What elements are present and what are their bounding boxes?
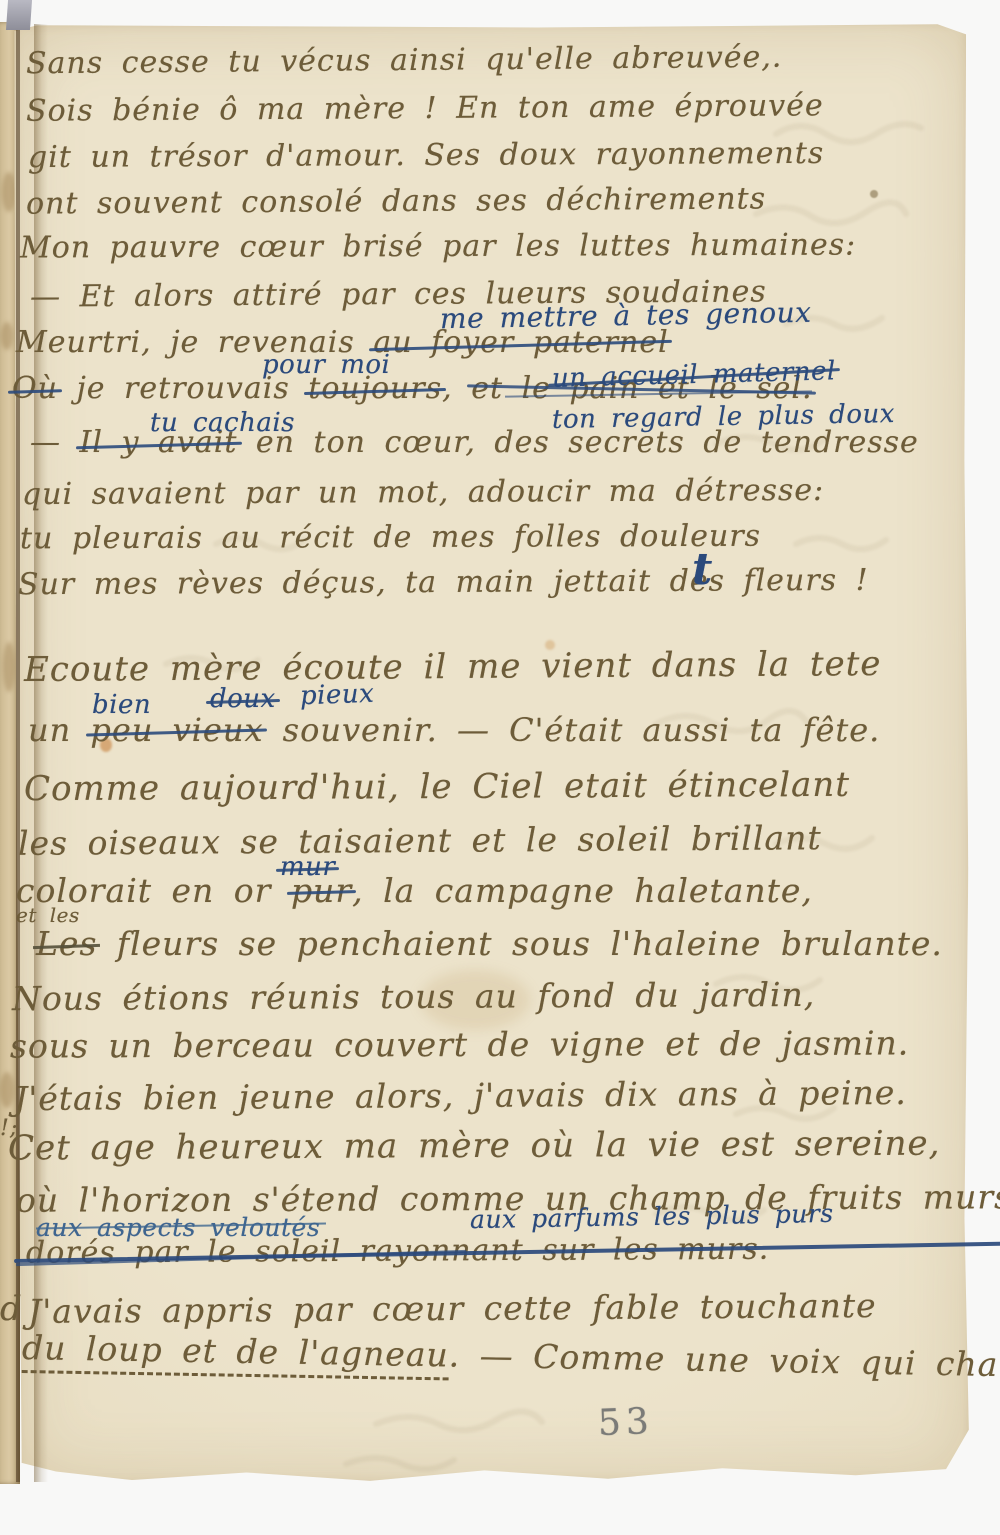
correction-text: bien: [92, 690, 151, 720]
correction-text: me mettre à tes genoux: [440, 296, 812, 335]
manuscript-line: un peu vieux souvenir. — C'était aussi t…: [28, 714, 880, 746]
manuscript-line: les oiseaux se taisaient et le soleil br…: [18, 821, 822, 860]
interline-correction-struck: mur: [280, 854, 335, 880]
manuscript-line: git un trésor d'amour. Ses doux rayonnem…: [28, 139, 824, 173]
manuscript-line: Ecoute mère écoute il me vient dans la t…: [24, 647, 882, 687]
fragment-text: d: [0, 1289, 23, 1329]
manuscript-line: Sur mes rèves déçus, ta main jettait des…: [18, 566, 869, 600]
line-text: souvenir. — C'était aussi ta fête.: [264, 711, 881, 749]
correction-text: un accueil maternel: [552, 358, 836, 391]
margin-fragment: !;: [0, 1118, 18, 1140]
manuscript-line: Mon pauvre cœur brisé par les luttes hum…: [20, 231, 856, 264]
line-text: Comme aujourd'hui, le Ciel etait étincel…: [24, 765, 850, 809]
paper-stain: [3, 642, 15, 692]
interline-correction: tu cachais: [150, 410, 295, 436]
manuscript-line: J'étais bien jeune alors, j'avais dix an…: [14, 1076, 907, 1115]
line-text: ,: [442, 371, 471, 406]
manuscript-line: Les fleurs se penchaient sous l'haleine …: [36, 927, 943, 960]
fragment-text: !;: [0, 1116, 18, 1141]
page-number: 53: [597, 1401, 654, 1444]
correction-text: aux aspects veloutés: [36, 1215, 320, 1240]
manuscript-scan: Sans cesse tu vécus ainsi qu'elle abreuv…: [0, 0, 1000, 1535]
manuscript-line: Nous étions réunis tous au fond du jardi…: [12, 978, 815, 1015]
line-text: J'avais appris par cœur cette fable touc…: [28, 1286, 877, 1331]
manuscript-line: ont souvent consolé dans ses déchirement…: [26, 184, 766, 219]
paper-stain: [1, 322, 13, 350]
correction-text: t: [692, 544, 713, 595]
interline-correction: pour moi: [262, 352, 390, 378]
corner-tab: [6, 0, 32, 30]
correction-text: mur: [280, 854, 335, 880]
correction-text: tu cachais: [150, 408, 295, 438]
manuscript-line: Sois bénie ô ma mère ! En ton ame éprouv…: [26, 91, 824, 127]
line-text: Sans cesse tu vécus ainsi qu'elle abreuv…: [26, 40, 783, 82]
line-text: Sois bénie ô ma mère ! En ton ame éprouv…: [26, 88, 824, 129]
manuscript-line: sous un berceau couvert de vigne et de j…: [10, 1026, 909, 1062]
interline-correction-struck: un accueil maternel: [552, 358, 836, 391]
line-text: Ecoute mère écoute il me vient dans la t…: [24, 644, 882, 690]
line-text: , la campagne haletante,: [352, 871, 813, 910]
correction-text: doux: [210, 686, 276, 712]
manuscript-line: tu pleurais au récit de mes folles doule…: [20, 522, 761, 555]
interline-correction: me mettre à tes genoux: [440, 299, 812, 333]
correction-text: ton regard le plus doux: [552, 399, 895, 435]
line-text: git un trésor d'amour. Ses doux rayonnem…: [28, 136, 824, 175]
manuscript-line: colorait en or pur, la campagne haletant…: [16, 874, 813, 907]
line-text: fleurs se penchaient sous l'haleine brul…: [97, 924, 942, 963]
interline-correction: bien: [92, 692, 151, 718]
line-text: qui savaient par un mot, adoucir ma détr…: [22, 473, 824, 512]
line-text: Sur mes rèves déçus, ta main jettait des…: [18, 563, 869, 602]
page-number-text: 53: [597, 1401, 654, 1444]
manuscript-line: Cet age heureux ma mère où la vie est se…: [8, 1127, 941, 1166]
line-text: tu pleurais au récit de mes folles doule…: [20, 519, 761, 557]
interline-correction-struck: aux aspects veloutés: [36, 1215, 320, 1240]
line-text: Cet age heureux ma mère où la vie est se…: [8, 1124, 941, 1169]
line-text: Nous étions réunis tous au fond du jardi…: [12, 975, 815, 1018]
struck-text: Les: [36, 927, 97, 960]
line-text: sous un berceau couvert de vigne et de j…: [10, 1023, 909, 1065]
line-text: —: [30, 425, 80, 460]
line-text: Mon pauvre cœur brisé par les luttes hum…: [20, 228, 856, 266]
interline-correction: et les: [16, 905, 80, 925]
struck-text: Où: [12, 374, 58, 404]
line-text: J'étais bien jeune alors, j'avais dix an…: [14, 1073, 907, 1118]
line-text: ont souvent consolé dans ses déchirement…: [26, 181, 766, 221]
correction-text: et les: [16, 903, 80, 927]
manuscript-line: Comme aujourd'hui, le Ciel etait étincel…: [24, 768, 850, 806]
paper-stain: [0, 1072, 14, 1108]
line-text: un: [28, 711, 90, 749]
interline-correction: pieux: [300, 681, 375, 710]
manuscript-line: J'avais appris par cœur cette fable touc…: [28, 1289, 877, 1328]
letter-retouch: t: [692, 548, 713, 592]
paper-stain: [2, 172, 16, 212]
interline-correction: aux parfums les plus purs: [470, 1201, 834, 1232]
manuscript-line: Sans cesse tu vécus ainsi qu'elle abreuv…: [26, 43, 783, 80]
manuscript-line: qui savaient par un mot, adoucir ma détr…: [22, 476, 824, 510]
line-text: les oiseaux se taisaient et le soleil br…: [18, 818, 822, 863]
margin-fragment: d: [0, 1292, 23, 1326]
interline-correction-struck: doux: [210, 686, 276, 712]
underlined-text: du loup et de l'agneau: [22, 1328, 449, 1380]
correction-text: pour moi: [262, 350, 390, 380]
interline-correction: ton regard le plus doux: [552, 401, 895, 433]
correction-text: pieux: [299, 679, 374, 712]
